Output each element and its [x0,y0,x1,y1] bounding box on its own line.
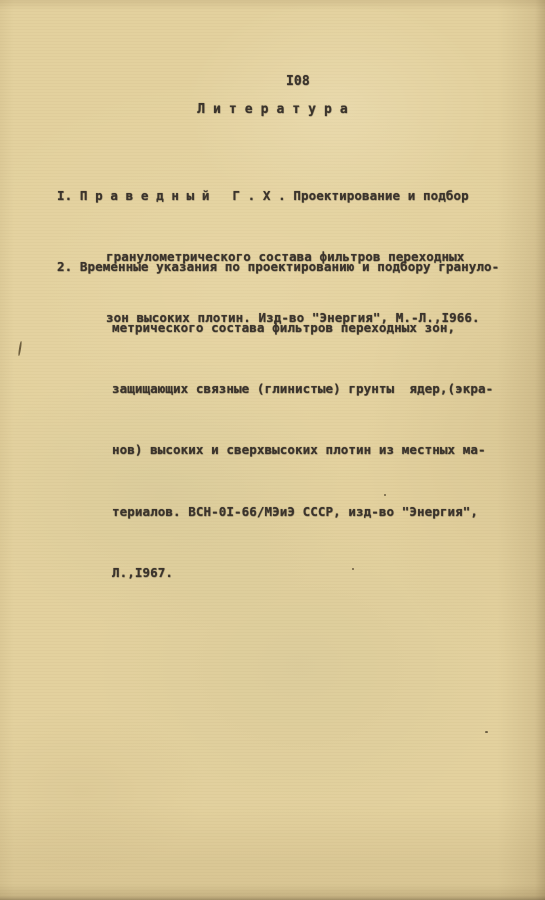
reference-line: 2. Временные указания по проектированию … [57,257,499,277]
paper-speck [384,494,386,496]
reference-line: нов) высоких и сверхвысоких плотин из ме… [112,440,499,460]
reference-line: I. П р а в е д н ы й Г . Х . Проектирова… [57,186,480,206]
reference-line: метрического состава фильтров переходных… [112,318,499,338]
reference-line: защищающих связные (глинистые) грунты яд… [112,379,499,399]
page-number: I08 [286,74,310,89]
reference-line: Л.,I967. [112,563,499,583]
reference-line: териалов. ВСН-0I-66/МЭиЭ СССР, изд-во "Э… [112,502,499,522]
literature-heading: Л и т е р а т у р а [0,102,545,117]
reference-entry-2: 2. Временные указания по проектированию … [57,216,499,624]
paper-speck [485,731,488,733]
paper-fiber-speck [18,341,22,356]
paper-speck [352,568,354,570]
scanned-document-page: I08 Л и т е р а т у р а I. П р а в е д н… [0,0,545,900]
